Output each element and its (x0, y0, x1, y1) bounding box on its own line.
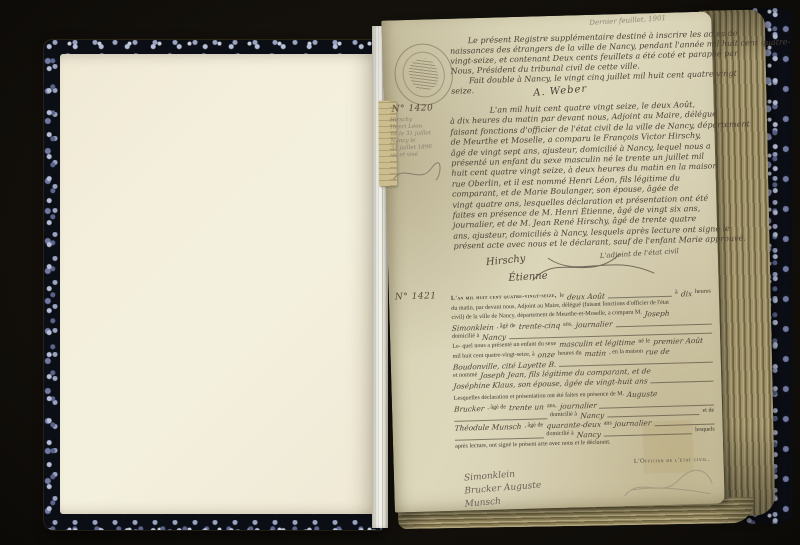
printed-text: heures du (558, 349, 582, 359)
printed-text: né le (638, 337, 650, 347)
left-blank-page (60, 54, 372, 514)
manuscript-leaf: Dernier feuillet, 1901 Le présent Regist… (381, 11, 725, 512)
printed-text: ans (604, 419, 612, 429)
handwritten-entry: onze (537, 350, 555, 360)
printed-text: , âgé de (497, 322, 516, 332)
officer-paraph-icon (528, 247, 659, 287)
handwritten-entry: Nancy (576, 430, 601, 440)
printed-text: domicilié à (550, 411, 578, 421)
handwritten-entry: journalier (559, 401, 597, 412)
act2-form: L'an mil huit cent quatre-vingt-seize, l… (451, 288, 715, 453)
handwritten-entry: Auguste (627, 390, 658, 400)
act2-number: N° 1421 (395, 291, 437, 302)
printed-text: et nommé (453, 371, 477, 381)
printed-text: lesquels (695, 426, 715, 436)
act2-signatures: Simonklein Brucker Auguste Munsch (464, 468, 542, 509)
printed-text: et de (702, 407, 714, 417)
act1-number: N° 1420 (392, 103, 434, 114)
handwritten-entry: journalier (575, 320, 613, 331)
margin-paraph-icon (391, 158, 444, 185)
handwritten-entry: rue de (646, 347, 671, 357)
fill-rule (651, 381, 714, 384)
handwritten-entry: trente un (509, 402, 545, 413)
handwritten-entry: trente-cinq (518, 321, 560, 332)
printed-text: , âgé de (524, 421, 543, 431)
handwritten-entry: deux Août (567, 291, 606, 302)
act1-body: L'an mil huit cent quatre vingt seize, l… (450, 100, 708, 253)
printed-text: , âgé de (487, 403, 506, 413)
register-book-photo: Dernier feuillet, 1901 Le présent Regist… (0, 0, 800, 545)
handwritten-entry: Brucker (454, 404, 485, 414)
printed-text: , en la maison (609, 347, 643, 358)
pencil-annotation: Dernier feuillet, 1901 (589, 12, 707, 27)
handwritten-entry: dix (680, 289, 692, 299)
handwritten-entry: Nancy (482, 332, 507, 342)
handwritten-entry: matin (584, 349, 606, 359)
printed-text: le (560, 292, 565, 302)
officer-signature-flourish-icon (620, 464, 717, 505)
printed-text: à (675, 289, 678, 299)
printed-text: ans, (563, 320, 573, 330)
printed-text: heures (695, 288, 711, 298)
printed-text: ans, (547, 401, 557, 411)
act1-signature-declarant: Hirschy (486, 253, 526, 268)
handwritten-entry: journalier (614, 419, 652, 430)
act1-margin-note: Hirschy Henri Léon né le 31 juillet Nanc… (390, 116, 450, 189)
handwritten-entry: Joseph (645, 308, 671, 318)
